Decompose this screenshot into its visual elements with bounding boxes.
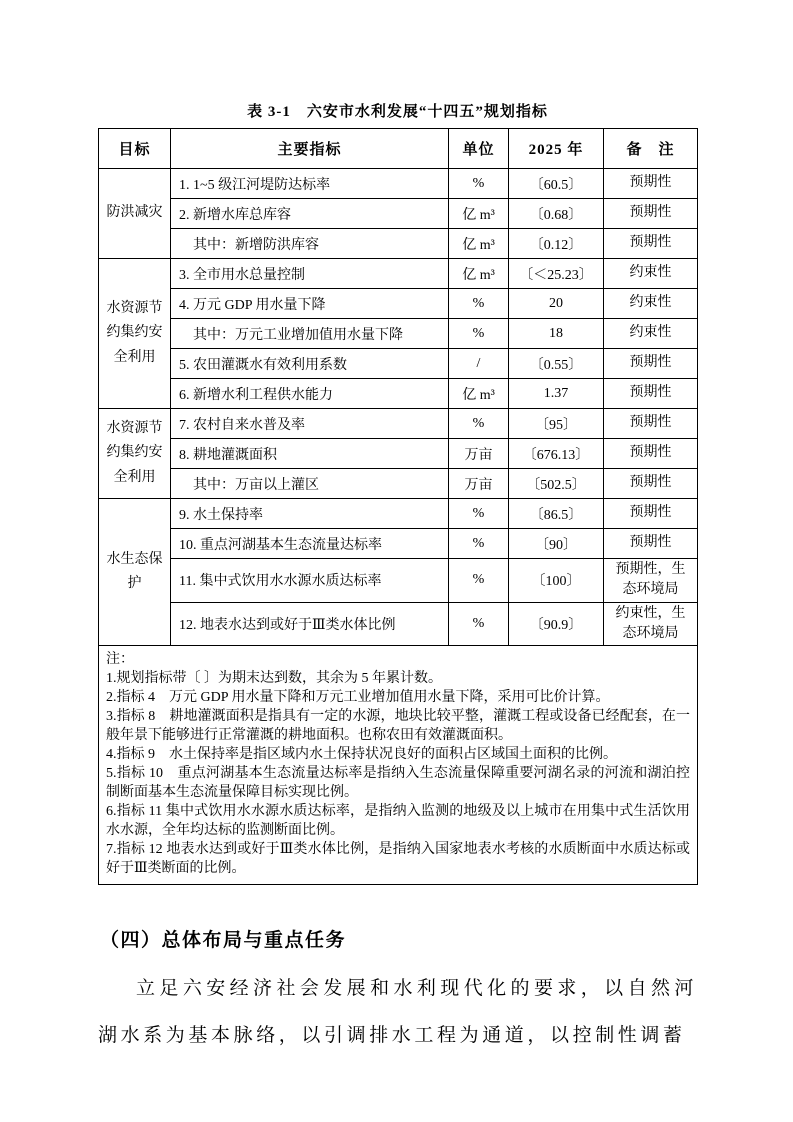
header-2025: 2025 年 <box>509 129 604 169</box>
note-line: 7.指标 12 地表水达到或好于Ⅲ类水体比例，是指纳入国家地表水考核的水质断面中… <box>106 840 690 878</box>
remark-cell: 预期性 <box>604 499 698 529</box>
table-row: 11. 集中式饮用水水源水质达标率 % 〔100〕 预期性，生态环境局 <box>99 559 698 603</box>
unit-cell: % <box>449 319 509 349</box>
table-row: 4. 万元 GDP 用水量下降 % 20 约束性 <box>99 289 698 319</box>
table-row: 2. 新增水库总库容 亿 m³ 〔0.68〕 预期性 <box>99 199 698 229</box>
note-line: 5.指标 10 重点河湖基本生态流量达标率是指纳入生态流量保障重要河湖名录的河流… <box>106 764 690 802</box>
section-heading: （四）总体布局与重点任务 <box>100 925 697 952</box>
table-row: 其中：万亩以上灌区 万亩 〔502.5〕 预期性 <box>99 469 698 499</box>
indicator-cell-sub: 其中：新增防洪库容 <box>171 229 449 259</box>
notes-cell: 注： 1.规划指标带〔 〕为期末达到数，其余为 5 年累计数。 2.指标 4 万… <box>99 646 698 885</box>
goal-cell-eco: 水生态保护 <box>99 499 171 646</box>
value-cell: 〔0.55〕 <box>509 349 604 379</box>
indicator-cell: 12. 地表水达到或好于Ⅲ类水体比例 <box>171 602 449 646</box>
remark-cell: 约束性，生态环境局 <box>604 602 698 646</box>
page-content: 表 3-1 六安市水利发展“十四五”规划指标 目标 主要指标 单位 2025 年… <box>98 100 697 1059</box>
indicator-cell: 5. 农田灌溉水有效利用系数 <box>171 349 449 379</box>
value-cell: 〔95〕 <box>509 409 604 439</box>
remark-cell: 约束性 <box>604 319 698 349</box>
indicator-cell: 3. 全市用水总量控制 <box>171 259 449 289</box>
table-row: 水资源节约集约安全利用 7. 农村自来水普及率 % 〔95〕 预期性 <box>99 409 698 439</box>
indicator-cell: 11. 集中式饮用水水源水质达标率 <box>171 559 449 603</box>
unit-cell: % <box>449 529 509 559</box>
value-cell: 〔0.68〕 <box>509 199 604 229</box>
value-cell: 20 <box>509 289 604 319</box>
unit-cell: % <box>449 602 509 646</box>
note-line: 4.指标 9 水土保持率是指区域内水土保持状况良好的面积占区域国土面积的比例。 <box>106 745 690 764</box>
remark-cell: 预期性，生态环境局 <box>604 559 698 603</box>
unit-cell: % <box>449 289 509 319</box>
header-indicator: 主要指标 <box>171 129 449 169</box>
unit-cell: 亿 m³ <box>449 259 509 289</box>
table-row: 5. 农田灌溉水有效利用系数 / 〔0.55〕 预期性 <box>99 349 698 379</box>
note-line: 1.规划指标带〔 〕为期末达到数，其余为 5 年累计数。 <box>106 669 690 688</box>
unit-cell: % <box>449 169 509 199</box>
value-cell: 〔502.5〕 <box>509 469 604 499</box>
header-remark: 备 注 <box>604 129 698 169</box>
value-cell: 〔90〕 <box>509 529 604 559</box>
remark-cell: 预期性 <box>604 379 698 409</box>
note-line: 6.指标 11 集中式饮用水水源水质达标率，是指纳入监测的地级及以上城市在用集中… <box>106 802 690 840</box>
value-cell: 1.37 <box>509 379 604 409</box>
indicator-cell-sub: 其中：万元工业增加值用水量下降 <box>171 319 449 349</box>
indicator-cell: 1. 1~5 级江河堤防达标率 <box>171 169 449 199</box>
table-row: 12. 地表水达到或好于Ⅲ类水体比例 % 〔90.9〕 约束性，生态环境局 <box>99 602 698 646</box>
remark-cell: 预期性 <box>604 169 698 199</box>
indicator-cell: 9. 水土保持率 <box>171 499 449 529</box>
header-unit: 单位 <box>449 129 509 169</box>
unit-cell: 万亩 <box>449 469 509 499</box>
value-cell: 18 <box>509 319 604 349</box>
unit-cell: % <box>449 559 509 603</box>
value-cell: 〔86.5〕 <box>509 499 604 529</box>
goal-cell-water-saving-2: 水资源节约集约安全利用 <box>99 409 171 499</box>
unit-cell: % <box>449 409 509 439</box>
table-row: 其中：新增防洪库容 亿 m³ 〔0.12〕 预期性 <box>99 229 698 259</box>
unit-cell: 万亩 <box>449 439 509 469</box>
indicator-cell: 2. 新增水库总库容 <box>171 199 449 229</box>
indicator-cell: 10. 重点河湖基本生态流量达标率 <box>171 529 449 559</box>
table-header-row: 目标 主要指标 单位 2025 年 备 注 <box>99 129 698 169</box>
table-notes-row: 注： 1.规划指标带〔 〕为期末达到数，其余为 5 年累计数。 2.指标 4 万… <box>99 646 698 885</box>
remark-cell: 预期性 <box>604 409 698 439</box>
table-row: 水生态保护 9. 水土保持率 % 〔86.5〕 预期性 <box>99 499 698 529</box>
indicator-cell: 6. 新增水利工程供水能力 <box>171 379 449 409</box>
value-cell: 〔＜25.23〕 <box>509 259 604 289</box>
unit-cell: % <box>449 499 509 529</box>
unit-cell: 亿 m³ <box>449 199 509 229</box>
table-row: 水资源节约集约安全利用 3. 全市用水总量控制 亿 m³ 〔＜25.23〕 约束… <box>99 259 698 289</box>
table-title: 表 3-1 六安市水利发展“十四五”规划指标 <box>98 100 697 121</box>
goal-cell-water-saving-1: 水资源节约集约安全利用 <box>99 259 171 409</box>
remark-cell: 预期性 <box>604 349 698 379</box>
document-page: 表 3-1 六安市水利发展“十四五”规划指标 目标 主要指标 单位 2025 年… <box>0 0 793 1122</box>
indicator-cell-sub: 其中：万亩以上灌区 <box>171 469 449 499</box>
value-cell: 〔60.5〕 <box>509 169 604 199</box>
table-row: 6. 新增水利工程供水能力 亿 m³ 1.37 预期性 <box>99 379 698 409</box>
indicator-cell: 8. 耕地灌溉面积 <box>171 439 449 469</box>
table-row: 10. 重点河湖基本生态流量达标率 % 〔90〕 预期性 <box>99 529 698 559</box>
body-paragraph: 立足六安经济社会发展和水利现代化的要求，以自然河湖水系为基本脉络，以引调排水工程… <box>98 965 697 1059</box>
remark-cell: 约束性 <box>604 289 698 319</box>
indicator-cell: 7. 农村自来水普及率 <box>171 409 449 439</box>
value-cell: 〔90.9〕 <box>509 602 604 646</box>
remark-cell: 预期性 <box>604 199 698 229</box>
note-line: 注： <box>106 650 690 669</box>
unit-cell: 亿 m³ <box>449 229 509 259</box>
remark-cell: 约束性 <box>604 259 698 289</box>
goal-cell-flood: 防洪减灾 <box>99 169 171 259</box>
value-cell: 〔0.12〕 <box>509 229 604 259</box>
indicators-table: 目标 主要指标 单位 2025 年 备 注 防洪减灾 1. 1~5 级江河堤防达… <box>98 128 698 885</box>
unit-cell: / <box>449 349 509 379</box>
remark-cell: 预期性 <box>604 229 698 259</box>
header-goal: 目标 <box>99 129 171 169</box>
note-line: 2.指标 4 万元 GDP 用水量下降和万元工业增加值用水量下降，采用可比价计算… <box>106 688 690 707</box>
value-cell: 〔676.13〕 <box>509 439 604 469</box>
unit-cell: 亿 m³ <box>449 379 509 409</box>
indicator-cell: 4. 万元 GDP 用水量下降 <box>171 289 449 319</box>
table-row: 8. 耕地灌溉面积 万亩 〔676.13〕 预期性 <box>99 439 698 469</box>
value-cell: 〔100〕 <box>509 559 604 603</box>
remark-cell: 预期性 <box>604 529 698 559</box>
table-row: 防洪减灾 1. 1~5 级江河堤防达标率 % 〔60.5〕 预期性 <box>99 169 698 199</box>
remark-cell: 预期性 <box>604 439 698 469</box>
table-row: 其中：万元工业增加值用水量下降 % 18 约束性 <box>99 319 698 349</box>
note-line: 3.指标 8 耕地灌溉面积是指具有一定的水源，地块比较平整，灌溉工程或设备已经配… <box>106 707 690 745</box>
remark-cell: 预期性 <box>604 469 698 499</box>
